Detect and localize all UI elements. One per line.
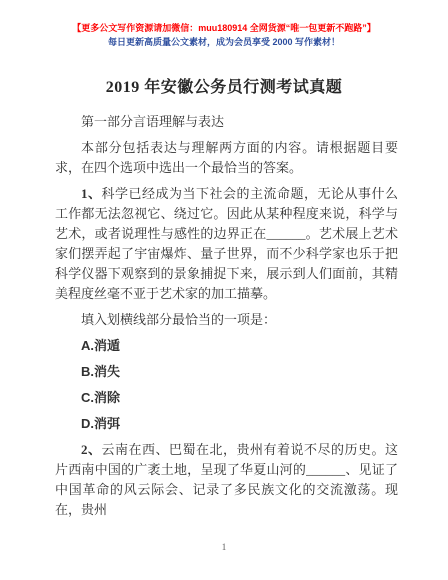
- page-number: 1: [0, 542, 448, 552]
- option-d-text: 消弭: [94, 416, 120, 431]
- question-1-option-a: A.消遁: [55, 336, 398, 356]
- option-a-label: A.: [81, 338, 94, 353]
- option-c-text: 消除: [94, 390, 120, 405]
- question-1-option-d: D.消弭: [55, 414, 398, 434]
- question-2-stem: 2、云南在西、巴蜀在北，贵州有着说不尽的历史。这片西南中国的广袤土地，呈现了华夏…: [55, 440, 398, 520]
- ad-line-blue: 每日更新高质量公文素材，成为会员享受 2000 写作素材！: [0, 37, 448, 48]
- question-2-text: 云南在西、巴蜀在北，贵州有着说不尽的历史。这片西南中国的广袤土地，呈现了华夏山河…: [55, 442, 398, 517]
- question-1-prompt: 填入划横线部分最恰当的一项是：: [55, 310, 398, 330]
- document-title: 2019 年安徽公务员行测考试真题: [0, 74, 448, 97]
- question-1-option-b: B.消失: [55, 362, 398, 382]
- question-1-number: 1、: [81, 186, 102, 201]
- option-d-label: D.: [81, 416, 94, 431]
- question-1-stem: 1、科学已经成为当下社会的主流命题，无论从事什么工作都无法忽视它、绕过它。因此从…: [55, 184, 398, 304]
- exam-document-page: 【更多公文写作资源请加微信：muu180914 全网货源“唯一包更新不跑路”】 …: [0, 0, 448, 580]
- document-body: 第一部分言语理解与表达 本部分包括表达与理解两方面的内容。请根据题目要求，在四个…: [55, 112, 398, 520]
- section-heading: 第一部分言语理解与表达: [55, 112, 398, 132]
- question-1-option-c: C.消除: [55, 388, 398, 408]
- header-ad-banner: 【更多公文写作资源请加微信：muu180914 全网货源“唯一包更新不跑路”】 …: [0, 0, 448, 48]
- option-c-label: C.: [81, 390, 94, 405]
- question-1-text: 科学已经成为当下社会的主流命题，无论从事什么工作都无法忽视它、绕过它。因此从某种…: [55, 186, 398, 301]
- option-b-text: 消失: [94, 364, 120, 379]
- question-2-number: 2、: [81, 442, 102, 457]
- option-b-label: B.: [81, 364, 94, 379]
- ad-line-red: 【更多公文写作资源请加微信：muu180914 全网货源“唯一包更新不跑路”】: [0, 23, 448, 34]
- option-a-text: 消遁: [94, 338, 120, 353]
- section-instructions: 本部分包括表达与理解两方面的内容。请根据题目要求，在四个选项中选出一个最恰当的答…: [55, 138, 398, 178]
